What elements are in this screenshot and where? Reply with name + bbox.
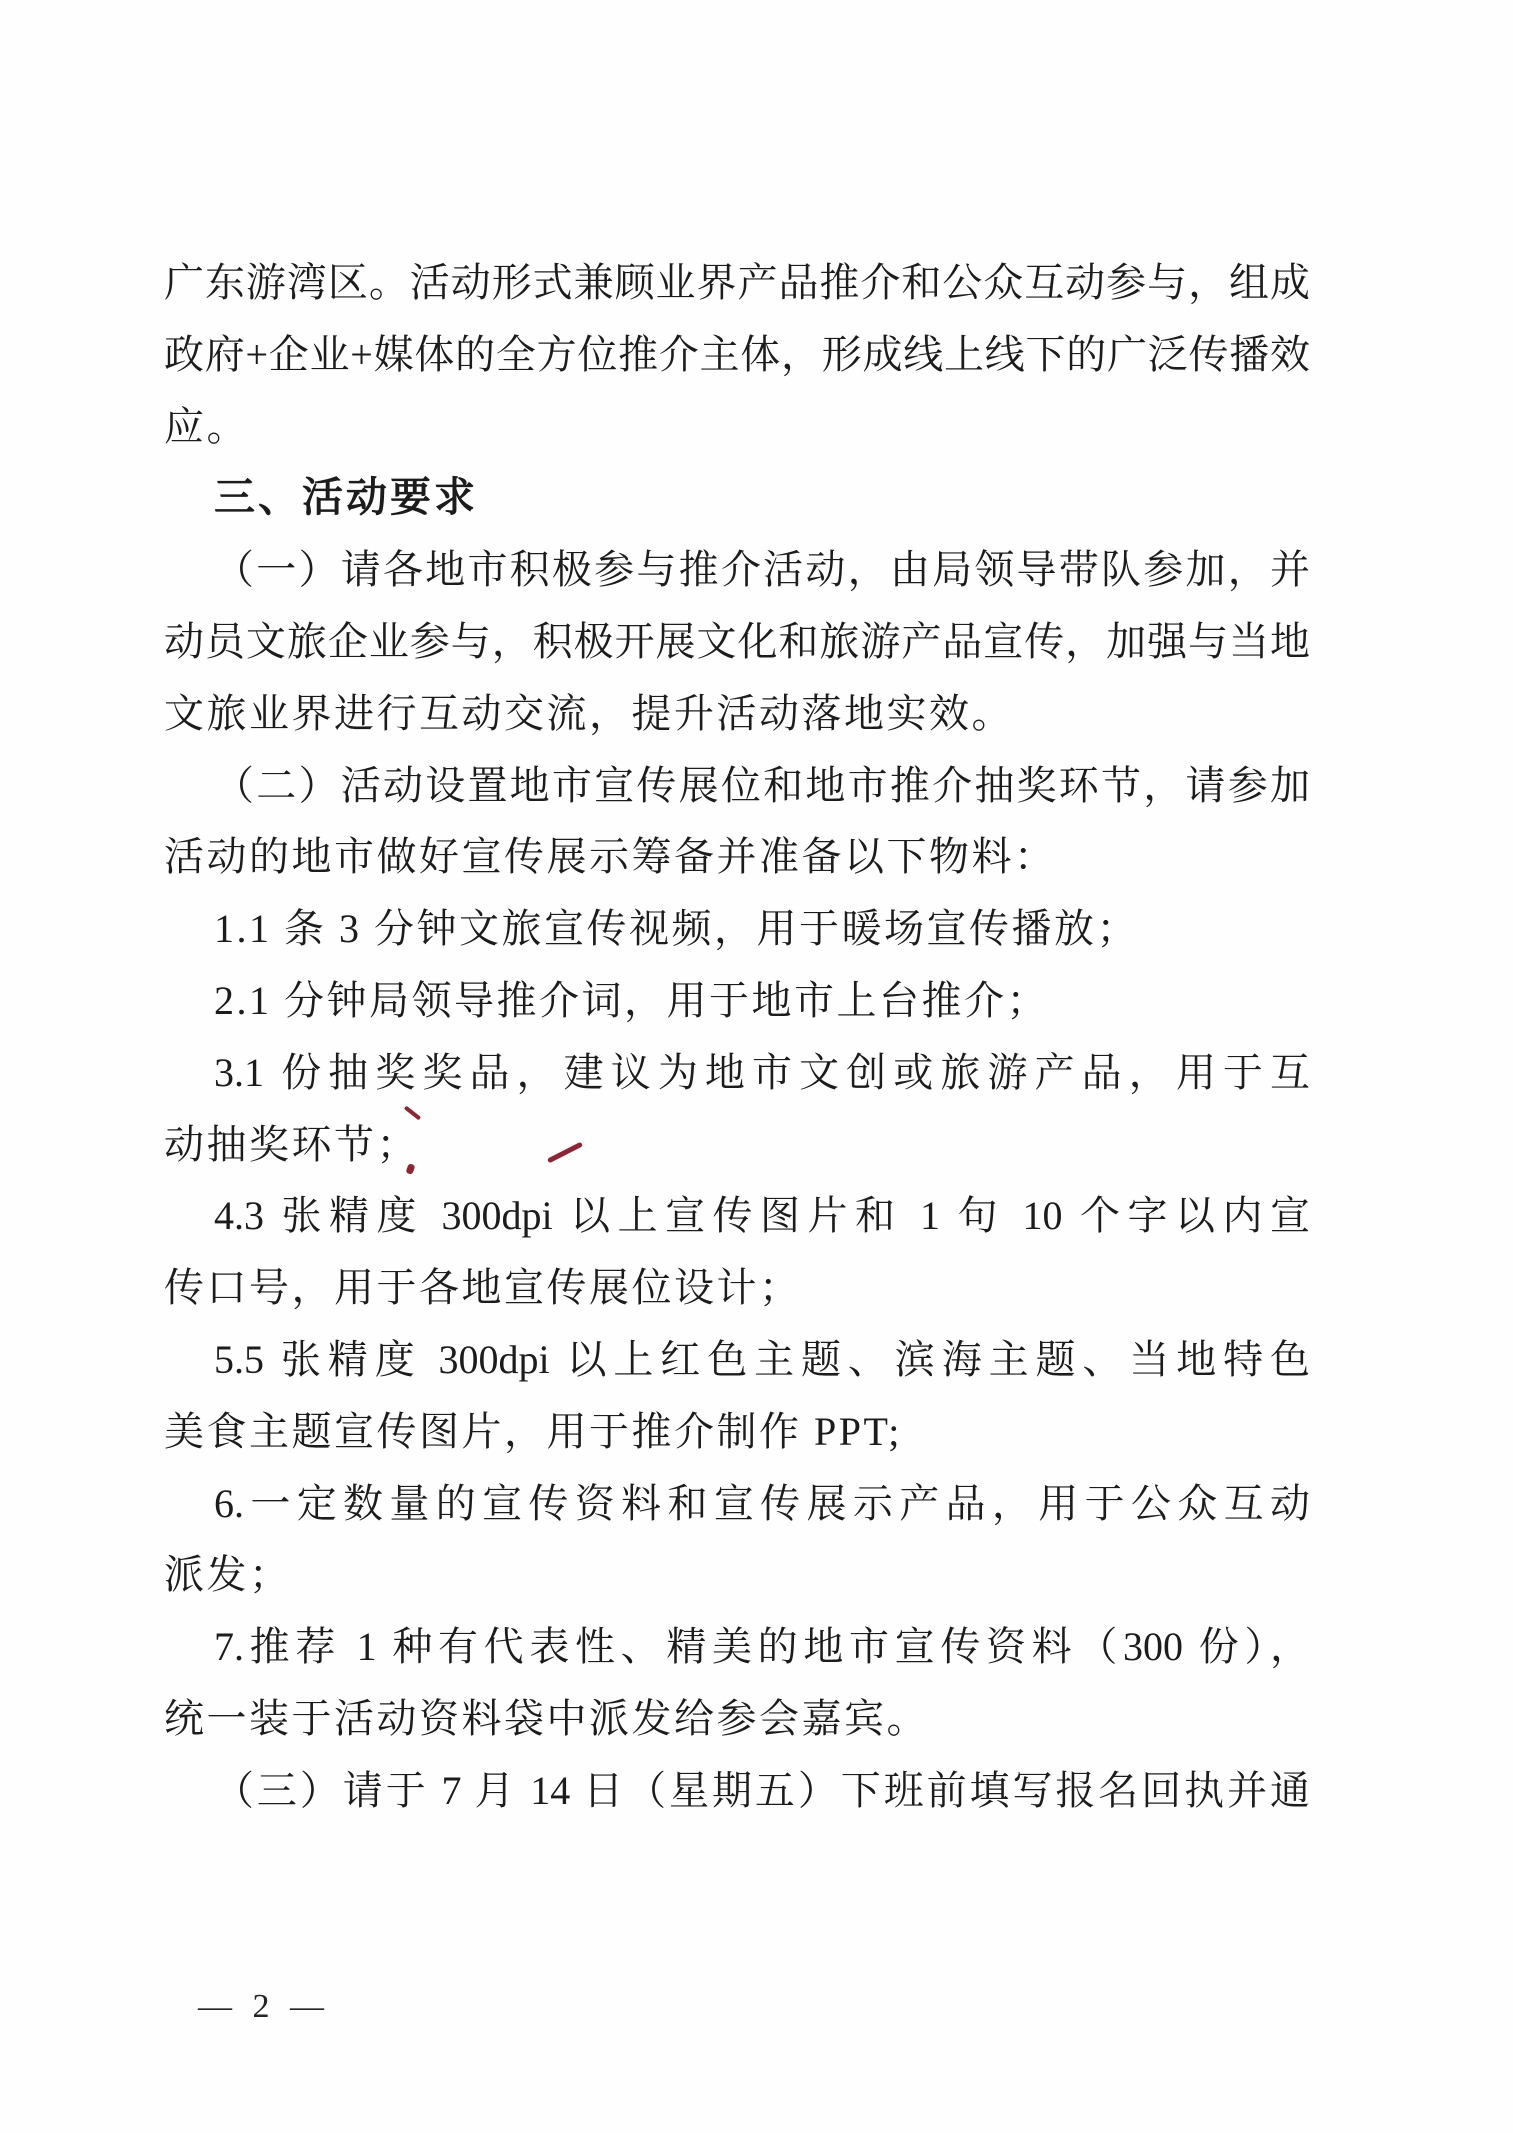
list-item-line: 7.推荐 1 种有代表性、精美的地市宣传资料（300 份）， [164,1611,1310,1683]
paragraph-line: （三）请于 7 月 14 日（星期五）下班前填写报名回执并通 [164,1755,1310,1827]
list-item-line: 3.1 份抽奖奖品，建议为地市文创或旅游产品，用于互 [164,1037,1310,1109]
paragraph-line: 应。 [164,391,1310,463]
list-item-line: 5.5 张精度 300dpi 以上红色主题、滨海主题、当地特色 [164,1324,1310,1396]
paragraph-line: 政府+企业+媒体的全方位推介主体，形成线上线下的广泛传播效 [164,319,1310,391]
list-item-line: 4.3 张精度 300dpi 以上宣传图片和 1 句 10 个字以内宣 [164,1180,1310,1252]
document-page: 广东游湾区。活动形式兼顾业界产品推介和公众互动参与，组成 政府+企业+媒体的全方… [0,0,1513,2133]
document-body: 广东游湾区。活动形式兼顾业界产品推介和公众互动参与，组成 政府+企业+媒体的全方… [164,247,1310,1827]
list-item-line: 6.一定数量的宣传资料和宣传展示产品，用于公众互动 [164,1468,1310,1540]
list-item-line: 美食主题宣传图片，用于推介制作 PPT; [164,1396,1310,1468]
paragraph-line: 广东游湾区。活动形式兼顾业界产品推介和公众互动参与，组成 [164,247,1310,319]
paragraph-line: （一）请各地市积极参与推介活动，由局领导带队参加，并 [164,534,1310,606]
list-item-line: 派发； [164,1539,1310,1611]
paragraph-line: 动员文旅企业参与，积极开展文化和旅游产品宣传，加强与当地 [164,606,1310,678]
list-item-line: 2.1 分钟局领导推介词，用于地市上台推介； [164,965,1310,1037]
paragraph-line: 活动的地市做好宣传展示筹备并准备以下物料： [164,821,1310,893]
list-item-line: 统一装于活动资料袋中派发给参会嘉宾。 [164,1683,1310,1755]
paragraph-line: （二）活动设置地市宣传展位和地市推介抽奖环节，请参加 [164,750,1310,822]
section-heading: 三、活动要求 [164,462,1310,534]
paragraph-line: 文旅业界进行互动交流，提升活动落地实效。 [164,678,1310,750]
list-item-line: 动抽奖环节； [164,1109,1310,1181]
list-item-line: 传口号，用于各地宣传展位设计； [164,1252,1310,1324]
list-item-line: 1.1 条 3 分钟文旅宣传视频，用于暖场宣传播放； [164,893,1310,965]
page-number: — 2 — [198,1988,330,2026]
